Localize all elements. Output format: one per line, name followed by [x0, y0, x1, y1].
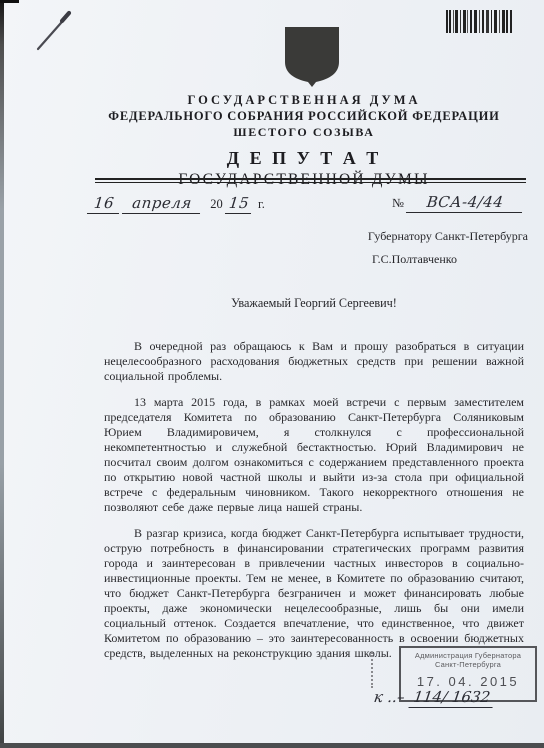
stamp-handwritten-number: к ..– 114/ 1632	[373, 688, 496, 706]
barcode	[446, 10, 512, 33]
number-label: №	[392, 193, 404, 213]
body-paragraph: В разгар кризиса, когда бюджет Санкт-Пет…	[104, 526, 524, 661]
body-paragraph: 13 марта 2015 года, в рамках моей встреч…	[104, 395, 524, 515]
letterhead-divider	[95, 178, 526, 183]
handwritten-month: апреля	[122, 194, 202, 214]
stamp-date: 17. 04. 2015	[401, 674, 535, 689]
printed-year-suffix: г.	[258, 194, 265, 214]
fold-mark	[371, 652, 373, 688]
handwritten-day: 16	[87, 194, 121, 214]
printed-century: 20	[210, 194, 223, 214]
scan-corner-mark	[0, 0, 19, 3]
pen-stroke-mark	[30, 4, 80, 54]
letter-body: В очередной раз обращаюсь к Вам и прошу …	[104, 339, 524, 672]
scan-bottom-edge	[0, 743, 544, 748]
scanned-letter-page: ГОСУДАРСТВЕННАЯ ДУМА ФЕДЕРАЛЬНОГО СОБРАН…	[0, 0, 544, 748]
org-name-line1: ГОСУДАРСТВЕННАЯ ДУМА	[64, 93, 544, 108]
date-line: 16 апреля 20 15 г.	[88, 194, 265, 214]
handwritten-year: 15	[225, 194, 253, 214]
stamp-reg-number: 114/ 1632	[408, 688, 495, 708]
scan-left-edge	[0, 0, 4, 748]
recipient-title: Губернатору Санкт-Петербурга	[104, 229, 528, 244]
outgoing-number-line: № ВСА-4/44	[392, 193, 523, 213]
org-name-line2: ФЕДЕРАЛЬНОГО СОБРАНИЯ РОССИЙСКОЙ ФЕДЕРАЦ…	[64, 109, 544, 124]
org-name-line3: ШЕСТОГО СОЗЫВА	[64, 125, 544, 140]
body-paragraph: В очередной раз обращаюсь к Вам и прошу …	[104, 339, 524, 384]
role-title: Д Е П У Т А Т	[64, 148, 544, 169]
letterhead: ГОСУДАРСТВЕННАЯ ДУМА ФЕДЕРАЛЬНОГО СОБРАН…	[64, 93, 544, 189]
salutation: Уважаемый Георгий Сергеевич!	[104, 296, 524, 311]
handwritten-number: ВСА-4/44	[406, 193, 524, 213]
stamp-org-line2: Санкт-Петербурга	[401, 661, 535, 670]
stamp-reg-prefix: к ..–	[373, 688, 406, 706]
coat-of-arms-shield-icon	[284, 26, 340, 88]
recipient-name: Г.С.Полтавченко	[372, 252, 457, 267]
